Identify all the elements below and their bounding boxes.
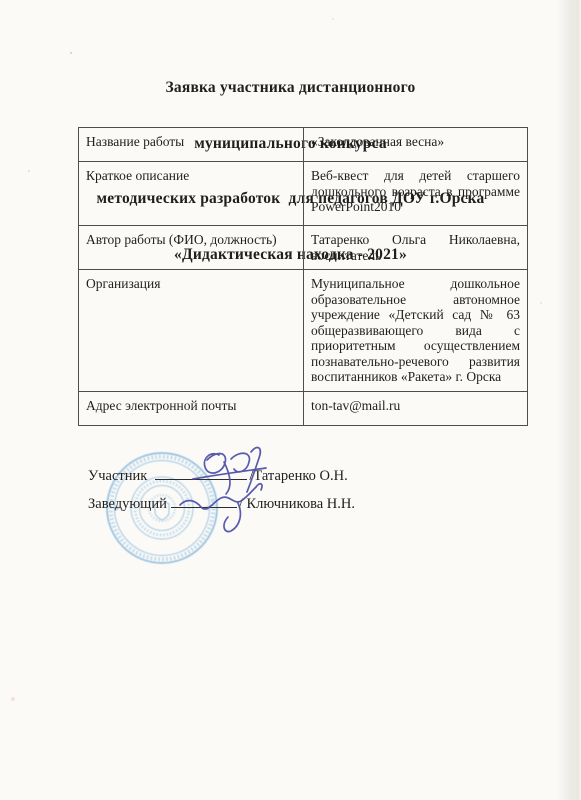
row-label: Адрес электронной почты bbox=[79, 391, 304, 425]
participant-signature-row: Участник/Татаренко О.Н. bbox=[88, 466, 348, 485]
row-label: Организация bbox=[79, 270, 304, 392]
signature-role: Заведующий bbox=[88, 496, 167, 512]
table-row: Адрес электронной почты ton-tav@mail.ru bbox=[79, 391, 528, 425]
row-value: Татаренко Ольга Николаевна, воспитатель bbox=[304, 226, 528, 270]
row-value: «Заколдованная весна» bbox=[304, 128, 528, 162]
signature-name: / Ключникова Н.Н. bbox=[239, 496, 355, 512]
title-line: Заявка участника дистанционного bbox=[0, 79, 581, 98]
head-signature-row: Заведующий/ Ключникова Н.Н. bbox=[88, 494, 355, 513]
signature-line bbox=[155, 466, 247, 480]
signature-name: /Татаренко О.Н. bbox=[249, 468, 347, 484]
row-value: Муниципальное дошкольное образовательное… bbox=[304, 270, 528, 392]
application-form-table: Название работы «Заколдованная весна» Кр… bbox=[78, 127, 528, 426]
row-label: Название работы bbox=[79, 128, 304, 162]
row-label: Краткое описание bbox=[79, 162, 304, 226]
table-row: Краткое описание Веб-квест для детей ста… bbox=[79, 162, 528, 226]
table-row: Название работы «Заколдованная весна» bbox=[79, 128, 528, 162]
row-label: Автор работы (ФИО, должность) bbox=[79, 226, 304, 270]
scanned-application-document: Заявка участника дистанционного муниципа… bbox=[0, 0, 581, 800]
signature-line bbox=[171, 494, 237, 508]
table-row: Организация Муниципальное дошкольное обр… bbox=[79, 270, 528, 392]
row-value: ton-tav@mail.ru bbox=[304, 391, 528, 425]
table-row: Автор работы (ФИО, должность) Татаренко … bbox=[79, 226, 528, 270]
signature-role: Участник bbox=[88, 468, 147, 484]
row-value: Веб-квест для детей старшего дошкольного… bbox=[304, 162, 528, 226]
